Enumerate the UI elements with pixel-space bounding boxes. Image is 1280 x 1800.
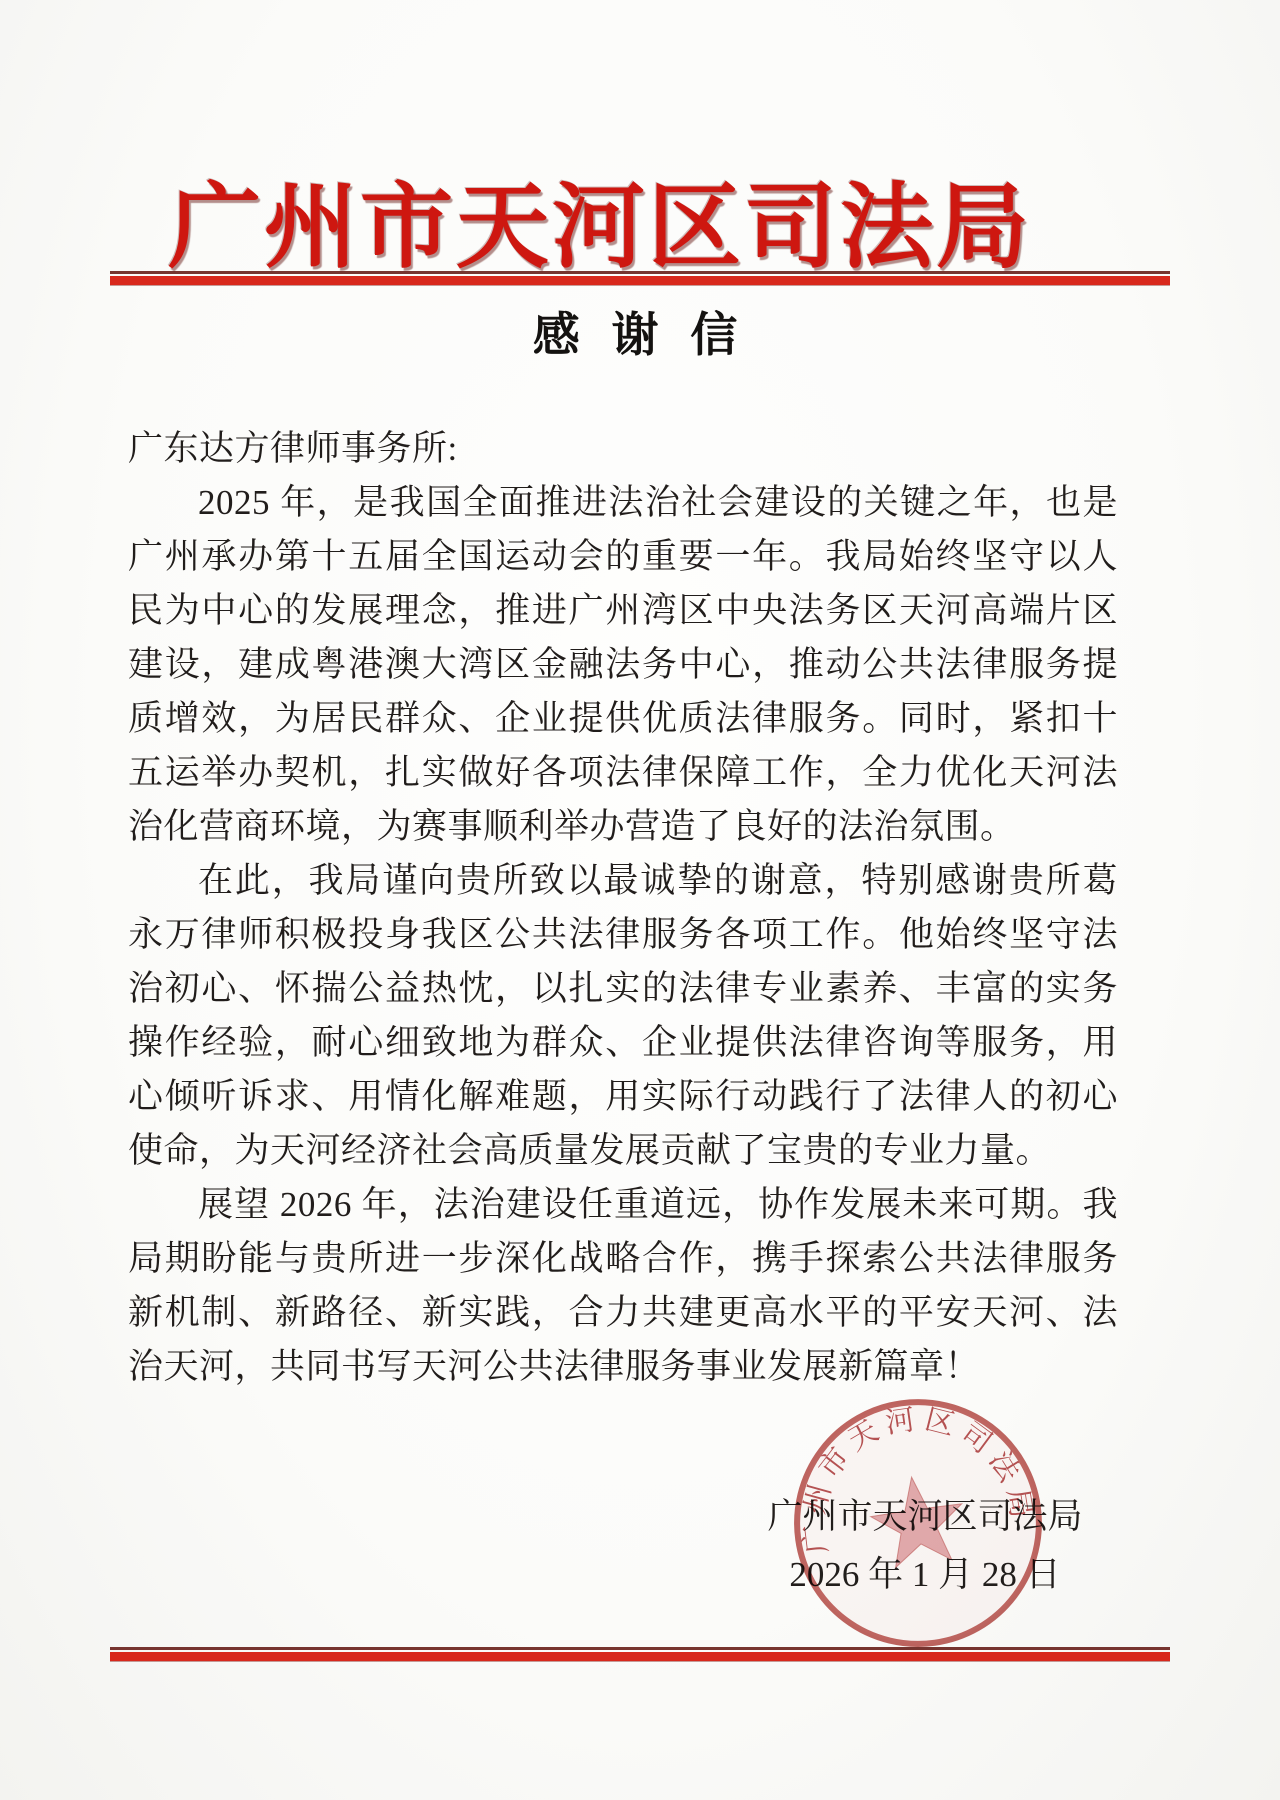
signature-agency-name: 广州市天河区司法局 [760, 1488, 1090, 1546]
signature-block: 广州市天河区司法局 2026 年 1 月 28 日 [760, 1488, 1090, 1604]
header-rule-thin-line [110, 271, 1170, 274]
agency-letterhead-title: 广州市天河区司法局 [70, 152, 1130, 286]
signature-date: 2026 年 1 月 28 日 [760, 1546, 1090, 1604]
letter-paragraph-2: 在此，我局谨向贵所致以最诚挚的谢意，特别感谢贵所葛永万律师积极投身我区公共法律服… [128, 854, 1118, 1178]
letter-paragraph-1: 2025 年，是我国全面推进法治社会建设的关键之年，也是广州承办第十五届全国运动… [128, 476, 1118, 854]
document-page: 广州市天河区司法局 感 谢 信 广东达方律师事务所: 2025 年，是我国全面推… [0, 0, 1280, 1800]
footer-rule-thick-line [110, 1652, 1170, 1661]
footer-rule-thin-line [110, 1647, 1170, 1650]
header-rule-thick-line [110, 276, 1170, 285]
salutation: 广东达方律师事务所: [128, 422, 1118, 476]
header-double-rule [110, 271, 1170, 285]
letter-body: 广东达方律师事务所: 2025 年，是我国全面推进法治社会建设的关键之年，也是广… [128, 422, 1118, 1394]
letter-paragraph-3: 展望 2026 年，法治建设任重道远，协作发展未来可期。我局期盼能与贵所进一步深… [128, 1178, 1118, 1394]
footer-double-rule [110, 1647, 1170, 1661]
letter-title: 感 谢 信 [110, 298, 1170, 365]
